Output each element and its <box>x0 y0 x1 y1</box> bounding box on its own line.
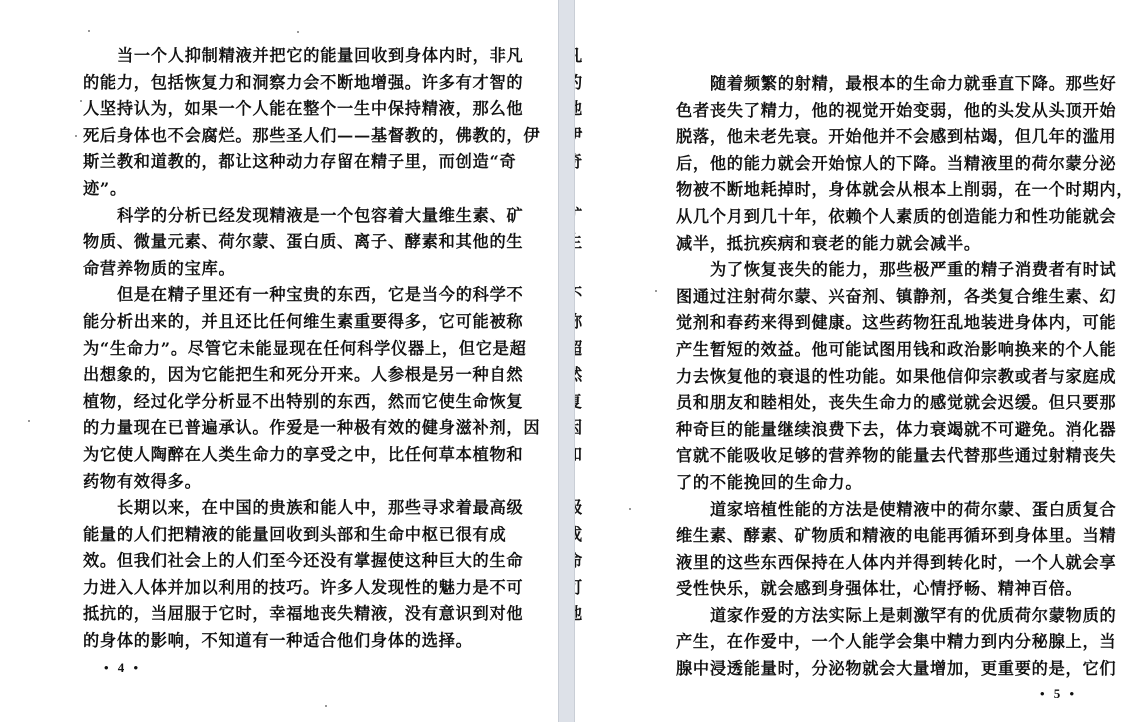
text-line: 效。但我们社会上的人们至今还没有掌握使这种巨大的生命 <box>83 548 493 575</box>
text-line: 的力量现在已普遍承认。作爱是一种极有效的健身滋补剂，因 <box>83 415 493 442</box>
paragraph: 长期以来，在中国的贵族和能人中，那些寻求着最高级能量的人们把精液的能量回收到头部… <box>83 495 493 655</box>
text-line: 出想象的，因为它能把生和死分开来。人参根是另一种自然 <box>83 362 493 389</box>
text-line: 腺中浸透能量时，分泌物就会大量增加，更重要的是，它们 <box>676 656 1088 683</box>
left-page: 当一个人抑制精液并把它的能量回收到身体内时，非凡的能力，包括恢复力和洞察力会不断… <box>0 0 558 722</box>
text-line: 减半，抵抗疾病和衰老的能力就会减半。 <box>676 231 1088 258</box>
clipped-char <box>575 256 583 283</box>
clipped-char: 奇 <box>575 149 583 176</box>
left-page-body: 当一个人抑制精液并把它的能量回收到身体内时，非凡的能力，包括恢复力和洞察力会不断… <box>83 43 493 655</box>
clipped-char <box>575 176 583 203</box>
paragraph: 但是在精子里还有一种宝贵的东西，它是当今的科学不能分析出来的，并且还比任何维生素… <box>83 282 493 495</box>
text-line: 抵抗的，当屈服于它时，幸福地丧失精液，没有意识到对他 <box>83 601 493 628</box>
text-line: 官就不能吸收足够的营养物的能量去代替那些通过射精丧失 <box>676 443 1088 470</box>
clipped-char: 成 <box>575 522 583 549</box>
text-line: 迹”。 <box>83 176 493 203</box>
clipped-char: 他 <box>575 96 583 123</box>
clipped-char: 复 <box>575 389 583 416</box>
paragraph: 科学的分析已经发现精液是一个包容着大量维生素、矿物质、微量元素、荷尔蒙、蛋白质、… <box>83 203 493 283</box>
clipped-char: 伊 <box>575 123 583 150</box>
text-line: 种奇巨的能量继续浪费下去，体力衰竭就不可避免。消化器 <box>676 417 1088 444</box>
text-line: 的身体的影响，不知道有一种适合他们身体的选择。 <box>83 628 493 655</box>
text-line: 力进入人体并加以利用的技巧。许多人发现性的魅力是不可 <box>83 575 493 602</box>
paragraph: 随着频繁的射精，最根本的生命力就垂直下降。那些好色者丧失了精力，他的视觉开始变弱… <box>676 71 1088 257</box>
text-line: 图通过注射荷尔蒙、兴奋剂、镇静剂，各类复合维生素、幻 <box>676 284 1088 311</box>
previous-page-clipped-edge: 凡的他伊奇 矿生 不称超然复因和 级成命可他 <box>575 43 583 628</box>
clipped-char: 可 <box>575 575 583 602</box>
text-line: 斯兰教和道教的，都让这种动力存留在精子里，而创造“奇 <box>83 149 493 176</box>
text-line: 植物，经过化学分析显不出特别的东西，然而它使生命恢复 <box>83 389 493 416</box>
text-line: 但是在精子里还有一种宝贵的东西，它是当今的科学不 <box>83 282 493 309</box>
clipped-char: 凡 <box>575 43 583 70</box>
clipped-char: 和 <box>575 442 583 469</box>
text-line: 力去恢复他的衰退的性功能。如果他信仰宗教或者与家庭成 <box>676 364 1088 391</box>
text-line: 觉剂和春药来得到健康。这些药物狂乱地装进身体内，可能 <box>676 310 1088 337</box>
clipped-char: 他 <box>575 601 583 628</box>
clipped-char: 矿 <box>575 203 583 230</box>
text-line: 从几个月到几十年，依赖个人素质的创造能力和性功能就会 <box>676 204 1088 231</box>
text-line: 死后身体也不会腐烂。那些圣人们——基督教的，佛教的，伊 <box>83 123 493 150</box>
page-number-left: • 4 • <box>104 660 141 676</box>
text-line: 脱落，他未老先衰。开始他并不会感到枯竭，但几年的滥用 <box>676 124 1088 151</box>
clipped-char: 生 <box>575 229 583 256</box>
text-line: 色者丧失了精力，他的视觉开始变弱，他的头发从头顶开始 <box>676 98 1088 125</box>
text-line: 当一个人抑制精液并把它的能量回收到身体内时，非凡 <box>83 43 493 70</box>
clipped-char: 命 <box>575 548 583 575</box>
text-line: 员和朋友和睦相处，丧失生命力的感觉就会迟缓。但只要那 <box>676 390 1088 417</box>
clipped-char: 不 <box>575 282 583 309</box>
text-line: 的能力，包括恢复力和洞察力会不断地增强。许多有才智的 <box>83 70 493 97</box>
text-line: 科学的分析已经发现精液是一个包容着大量维生素、矿 <box>83 203 493 230</box>
text-line: 了的不能挽回的生命力。 <box>676 470 1088 497</box>
text-line: 产生，在作爱中，一个人能学会集中精力到内分秘腺上，当 <box>676 629 1088 656</box>
text-line: 道家培植性能的方法是使精液中的荷尔蒙、蛋白质复合 <box>676 497 1088 524</box>
text-line: 随着频繁的射精，最根本的生命力就垂直下降。那些好 <box>676 71 1088 98</box>
text-line: 物质、微量元素、荷尔蒙、蛋白质、离子、酵素和其他的生 <box>83 229 493 256</box>
right-page: 凡的他伊奇 矿生 不称超然复因和 级成命可他 随着频繁的射精，最根本的生命力就垂… <box>575 0 1133 722</box>
text-line: 能分析出来的，并且还比任何维生素重要得多，它可能被称 <box>83 309 493 336</box>
clipped-char: 称 <box>575 309 583 336</box>
text-line: 后，他的能力就会开始惊人的下降。当精液里的荷尔蒙分泌 <box>676 151 1088 178</box>
clipped-char: 级 <box>575 495 583 522</box>
text-line: 道家作爱的方法实际上是刺激罕有的优质荷尔蒙物质的 <box>676 603 1088 630</box>
text-line: 产生暂短的效益。他可能试图用钱和政治影响换来的个人能 <box>676 337 1088 364</box>
text-line: 液里的这些东西保持在人体内并得到转化时，一个人就会享 <box>676 550 1088 577</box>
clipped-char: 的 <box>575 70 583 97</box>
text-line: 人坚持认为，如果一个人能在整个一生中保持精液，那么他 <box>83 96 493 123</box>
text-line: 为“生命力”。尽管它未能显现在任何科学仪器上，但它是超 <box>83 336 493 363</box>
text-line: 为了恢复丧失的能力，那些极严重的精子消费者有时试 <box>676 257 1088 284</box>
clipped-char: 然 <box>575 362 583 389</box>
clipped-char: 因 <box>575 415 583 442</box>
clipped-char <box>575 469 583 496</box>
page-gap-divider <box>558 0 575 722</box>
right-page-body: 随着频繁的射精，最根本的生命力就垂直下降。那些好色者丧失了精力，他的视觉开始变弱… <box>676 71 1088 683</box>
text-line: 为它使人陶醉在人类生命力的享受之中，比任何草本植物和 <box>83 442 493 469</box>
text-line: 命营养物质的宝库。 <box>83 256 493 283</box>
text-line: 物被不断地耗掉时，身体就会从根本上削弱，在一个时期内， <box>676 177 1088 204</box>
text-line: 药物有效得多。 <box>83 469 493 496</box>
paragraph: 道家培植性能的方法是使精液中的荷尔蒙、蛋白质复合维生素、酵素、矿物质和精液的电能… <box>676 497 1088 603</box>
paragraph: 当一个人抑制精液并把它的能量回收到身体内时，非凡的能力，包括恢复力和洞察力会不断… <box>83 43 493 203</box>
text-line: 维生素、酵素、矿物质和精液的电能再循环到身体里。当精 <box>676 523 1088 550</box>
page-number-right: • 5 • <box>1040 686 1077 702</box>
text-line: 能量的人们把精液的能量回收到头部和生命中枢已很有成 <box>83 522 493 549</box>
text-line: 受性快乐，就会感到身强体壮，心情抒畅、精神百倍。 <box>676 576 1088 603</box>
clipped-char: 超 <box>575 336 583 363</box>
paragraph: 道家作爱的方法实际上是刺激罕有的优质荷尔蒙物质的产生，在作爱中，一个人能学会集中… <box>676 603 1088 683</box>
paragraph: 为了恢复丧失的能力，那些极严重的精子消费者有时试图通过注射荷尔蒙、兴奋剂、镇静剂… <box>676 257 1088 496</box>
text-line: 长期以来，在中国的贵族和能人中，那些寻求着最高级 <box>83 495 493 522</box>
